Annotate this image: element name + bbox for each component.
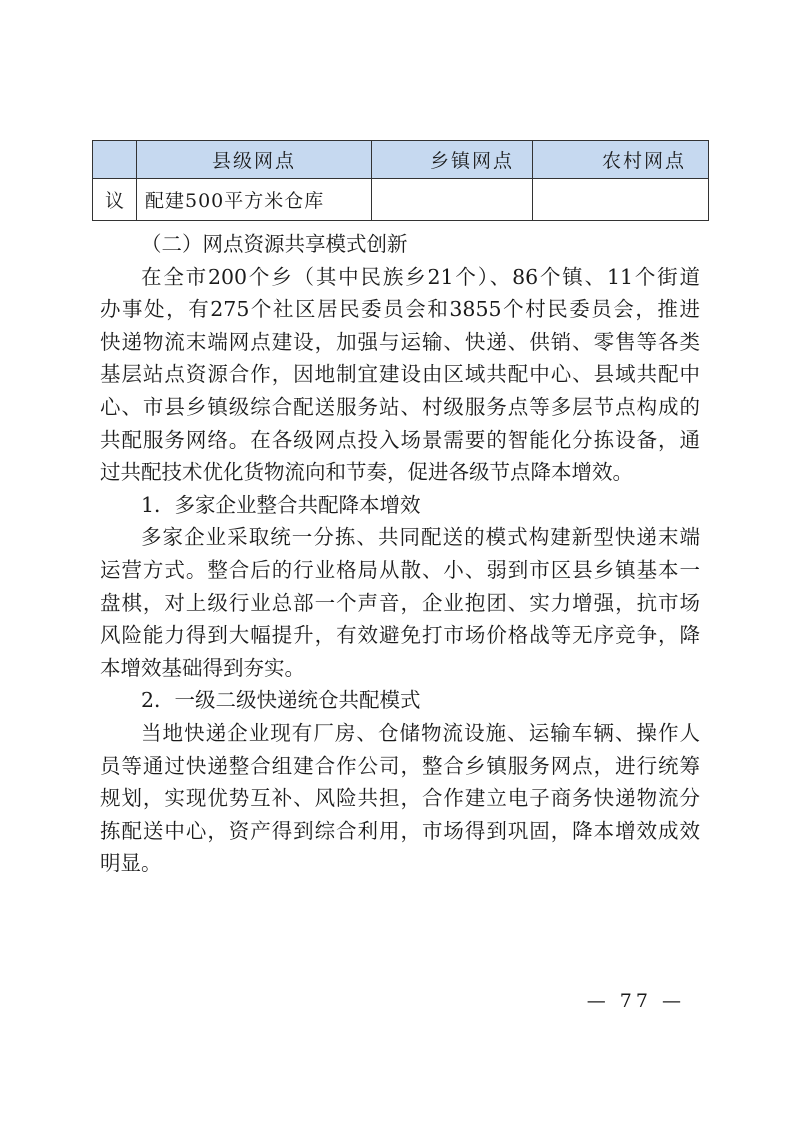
page-number: — 77 — (587, 990, 685, 1012)
paragraph-line: 心、市县乡镇级综合配送服务站、村级服务点等多层节点构成的 (100, 391, 700, 424)
subsection-title-2: 2．一级二级快递统仓共配模式 (100, 684, 700, 717)
table-cell-village (533, 179, 709, 221)
paragraph-line: 盘棋，对上级行业总部一个声音，企业抱团、实力增强，抗市场 (100, 587, 700, 620)
paragraph-line: 共配服务网络。在各级网点投入场景需要的智能化分拣设备，通 (100, 424, 700, 457)
table-header-row: 县级网点 乡镇网点 农村网点 (93, 141, 709, 179)
document-body: （二）网点资源共享模式创新 在全市200个乡（其中民族乡21个）、86个镇、11… (100, 228, 700, 880)
table-header-county: 县级网点 (137, 141, 372, 179)
table-row: 议 配建500平方米仓库 (93, 179, 709, 221)
paragraph-line: 多家企业采取统一分拣、共同配送的模式构建新型快递末端 (100, 521, 700, 554)
subsection-title-1: 1．多家企业整合共配降本增效 (100, 489, 700, 522)
table-cell-township (372, 179, 533, 221)
paragraph-line: 规划，实现优势互补、风险共担，合作建立电子商务快递物流分 (100, 782, 700, 815)
paragraph-line: 当地快递企业现有厂房、仓储物流设施、运输车辆、操作人 (100, 717, 700, 750)
paragraph-line: 在全市200个乡（其中民族乡21个）、86个镇、11个街道 (100, 261, 700, 294)
paragraph-line: 基层站点资源合作，因地制宜建设由区域共配中心、县域共配中 (100, 358, 700, 391)
table-cell-label: 议 (93, 179, 137, 221)
paragraph-line: 运营方式。整合后的行业格局从散、小、弱到市区县乡镇基本一 (100, 554, 700, 587)
table-header-township: 乡镇网点 (372, 141, 533, 179)
paragraph-line: 风险能力得到大幅提升，有效避免打市场价格战等无序竞争，降 (100, 619, 700, 652)
paragraph-line: 本增效基础得到夯实。 (100, 652, 700, 685)
paragraph-line: 员等通过快递整合组建合作公司，整合乡镇服务网点，进行统筹 (100, 750, 700, 783)
paragraph-line: 办事处，有275个社区居民委员会和3855个村民委员会，推进 (100, 293, 700, 326)
table-header-village: 农村网点 (533, 141, 709, 179)
network-points-table: 县级网点 乡镇网点 农村网点 议 配建500平方米仓库 (92, 140, 709, 221)
document-page: 县级网点 乡镇网点 农村网点 议 配建500平方米仓库 （二）网点资源共享模式创… (0, 0, 793, 1122)
paragraph-line: 过共配技术优化货物流向和节奏，促进各级节点降本增效。 (100, 456, 700, 489)
paragraph-line: 拣配送中心，资产得到综合利用，市场得到巩固，降本增效成效 (100, 815, 700, 848)
section-title: （二）网点资源共享模式创新 (100, 228, 700, 261)
paragraph-line: 快递物流末端网点建设，加强与运输、快递、供销、零售等各类 (100, 326, 700, 359)
table-cell-county: 配建500平方米仓库 (137, 179, 372, 221)
table-header-blank (93, 141, 137, 179)
paragraph-line: 明显。 (100, 847, 700, 880)
